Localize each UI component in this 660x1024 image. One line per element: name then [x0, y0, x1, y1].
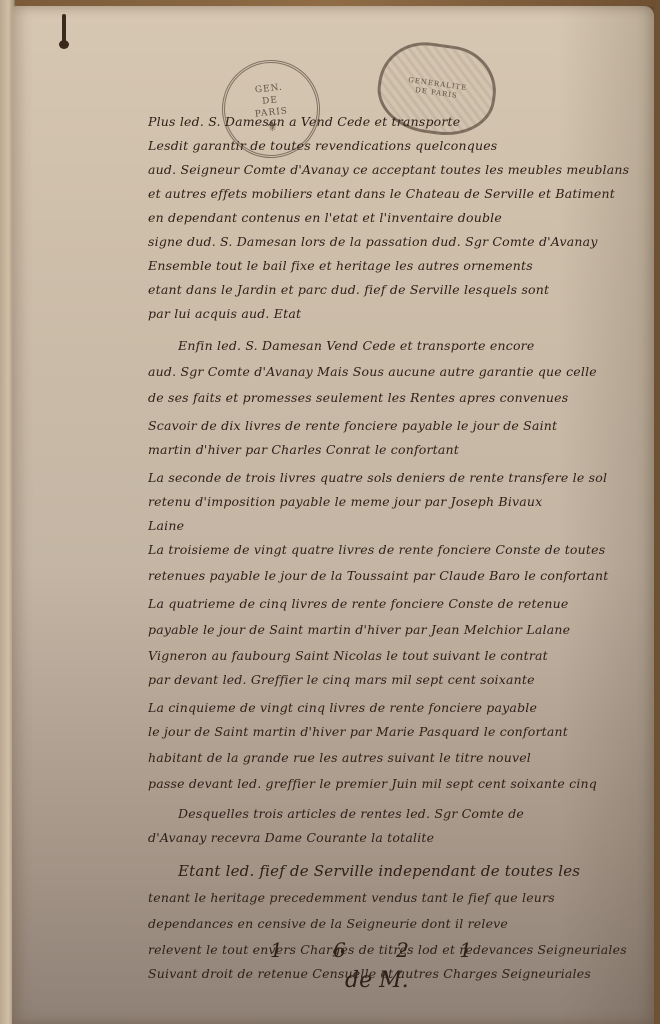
manuscript-line: d'Avanay recevra Dame Courante la totali…: [148, 830, 648, 845]
manuscript-line: Lesdit garantir de toutes revendications…: [148, 138, 648, 153]
manuscript-line: tenant le heritage precedemment vendus t…: [148, 890, 648, 905]
footer-numbers: 1 6 2 1: [270, 938, 494, 962]
manuscript-line: martin d'hiver par Charles Conrat le con…: [148, 442, 648, 457]
manuscript-line: payable le jour de Saint martin d'hiver …: [148, 622, 648, 637]
manuscript-line: retenu d'imposition payable le meme jour…: [148, 494, 648, 509]
manuscript-line: retenues payable le jour de la Toussaint…: [148, 568, 648, 583]
manuscript-line: La seconde de trois livres quatre sols d…: [148, 470, 648, 485]
manuscript-line: par lui acquis aud. Etat: [148, 306, 648, 321]
manuscript-line: Desquelles trois articles de rentes led.…: [178, 806, 648, 821]
signature: de M.: [345, 968, 409, 993]
manuscript-line: aud. Sgr Comte d'Avanay Mais Sous aucune…: [148, 364, 648, 379]
manuscript-line: aud. Seigneur Comte d'Avanay ce acceptan…: [148, 162, 648, 177]
manuscript-line: dependances en censive de la Seigneurie …: [148, 916, 648, 931]
ink-blot-mark: [62, 14, 66, 42]
manuscript-line: habitant de la grande rue les autres sui…: [148, 750, 648, 765]
manuscript-line: et autres effets mobiliers etant dans le…: [148, 186, 648, 201]
manuscript-line: Laine: [148, 518, 648, 533]
manuscript-line: Etant led. fief de Serville independant …: [178, 862, 648, 880]
manuscript-line: Ensemble tout le bail fixe et heritage l…: [148, 258, 648, 273]
manuscript-line: signe dud. S. Damesan lors de la passati…: [148, 234, 648, 249]
manuscript-line: Enfin led. S. Damesan Vend Cede et trans…: [178, 338, 648, 353]
manuscript-line: passe devant led. greffier le premier Ju…: [148, 776, 648, 791]
manuscript-line: Plus led. S. Damesan a Vend Cede et tran…: [148, 114, 648, 129]
manuscript-line: Vigneron au faubourg Saint Nicolas le to…: [148, 648, 648, 663]
manuscript-line: de ses faits et promesses seulement les …: [148, 390, 648, 405]
manuscript-line: en dependant contenus en l'etat et l'inv…: [148, 210, 648, 225]
manuscript-line: le jour de Saint martin d'hiver par Mari…: [148, 724, 648, 739]
manuscript-line: etant dans le Jardin et parc dud. fief d…: [148, 282, 648, 297]
manuscript-line: par devant led. Greffier le cinq mars mi…: [148, 672, 648, 687]
manuscript-line: La troisieme de vingt quatre livres de r…: [148, 542, 648, 557]
manuscript-line: La quatrieme de cinq livres de rente fon…: [148, 596, 648, 611]
manuscript-line: Scavoir de dix livres de rente fonciere …: [148, 418, 648, 433]
manuscript-line: La cinquieme de vingt cinq livres de ren…: [148, 700, 648, 715]
